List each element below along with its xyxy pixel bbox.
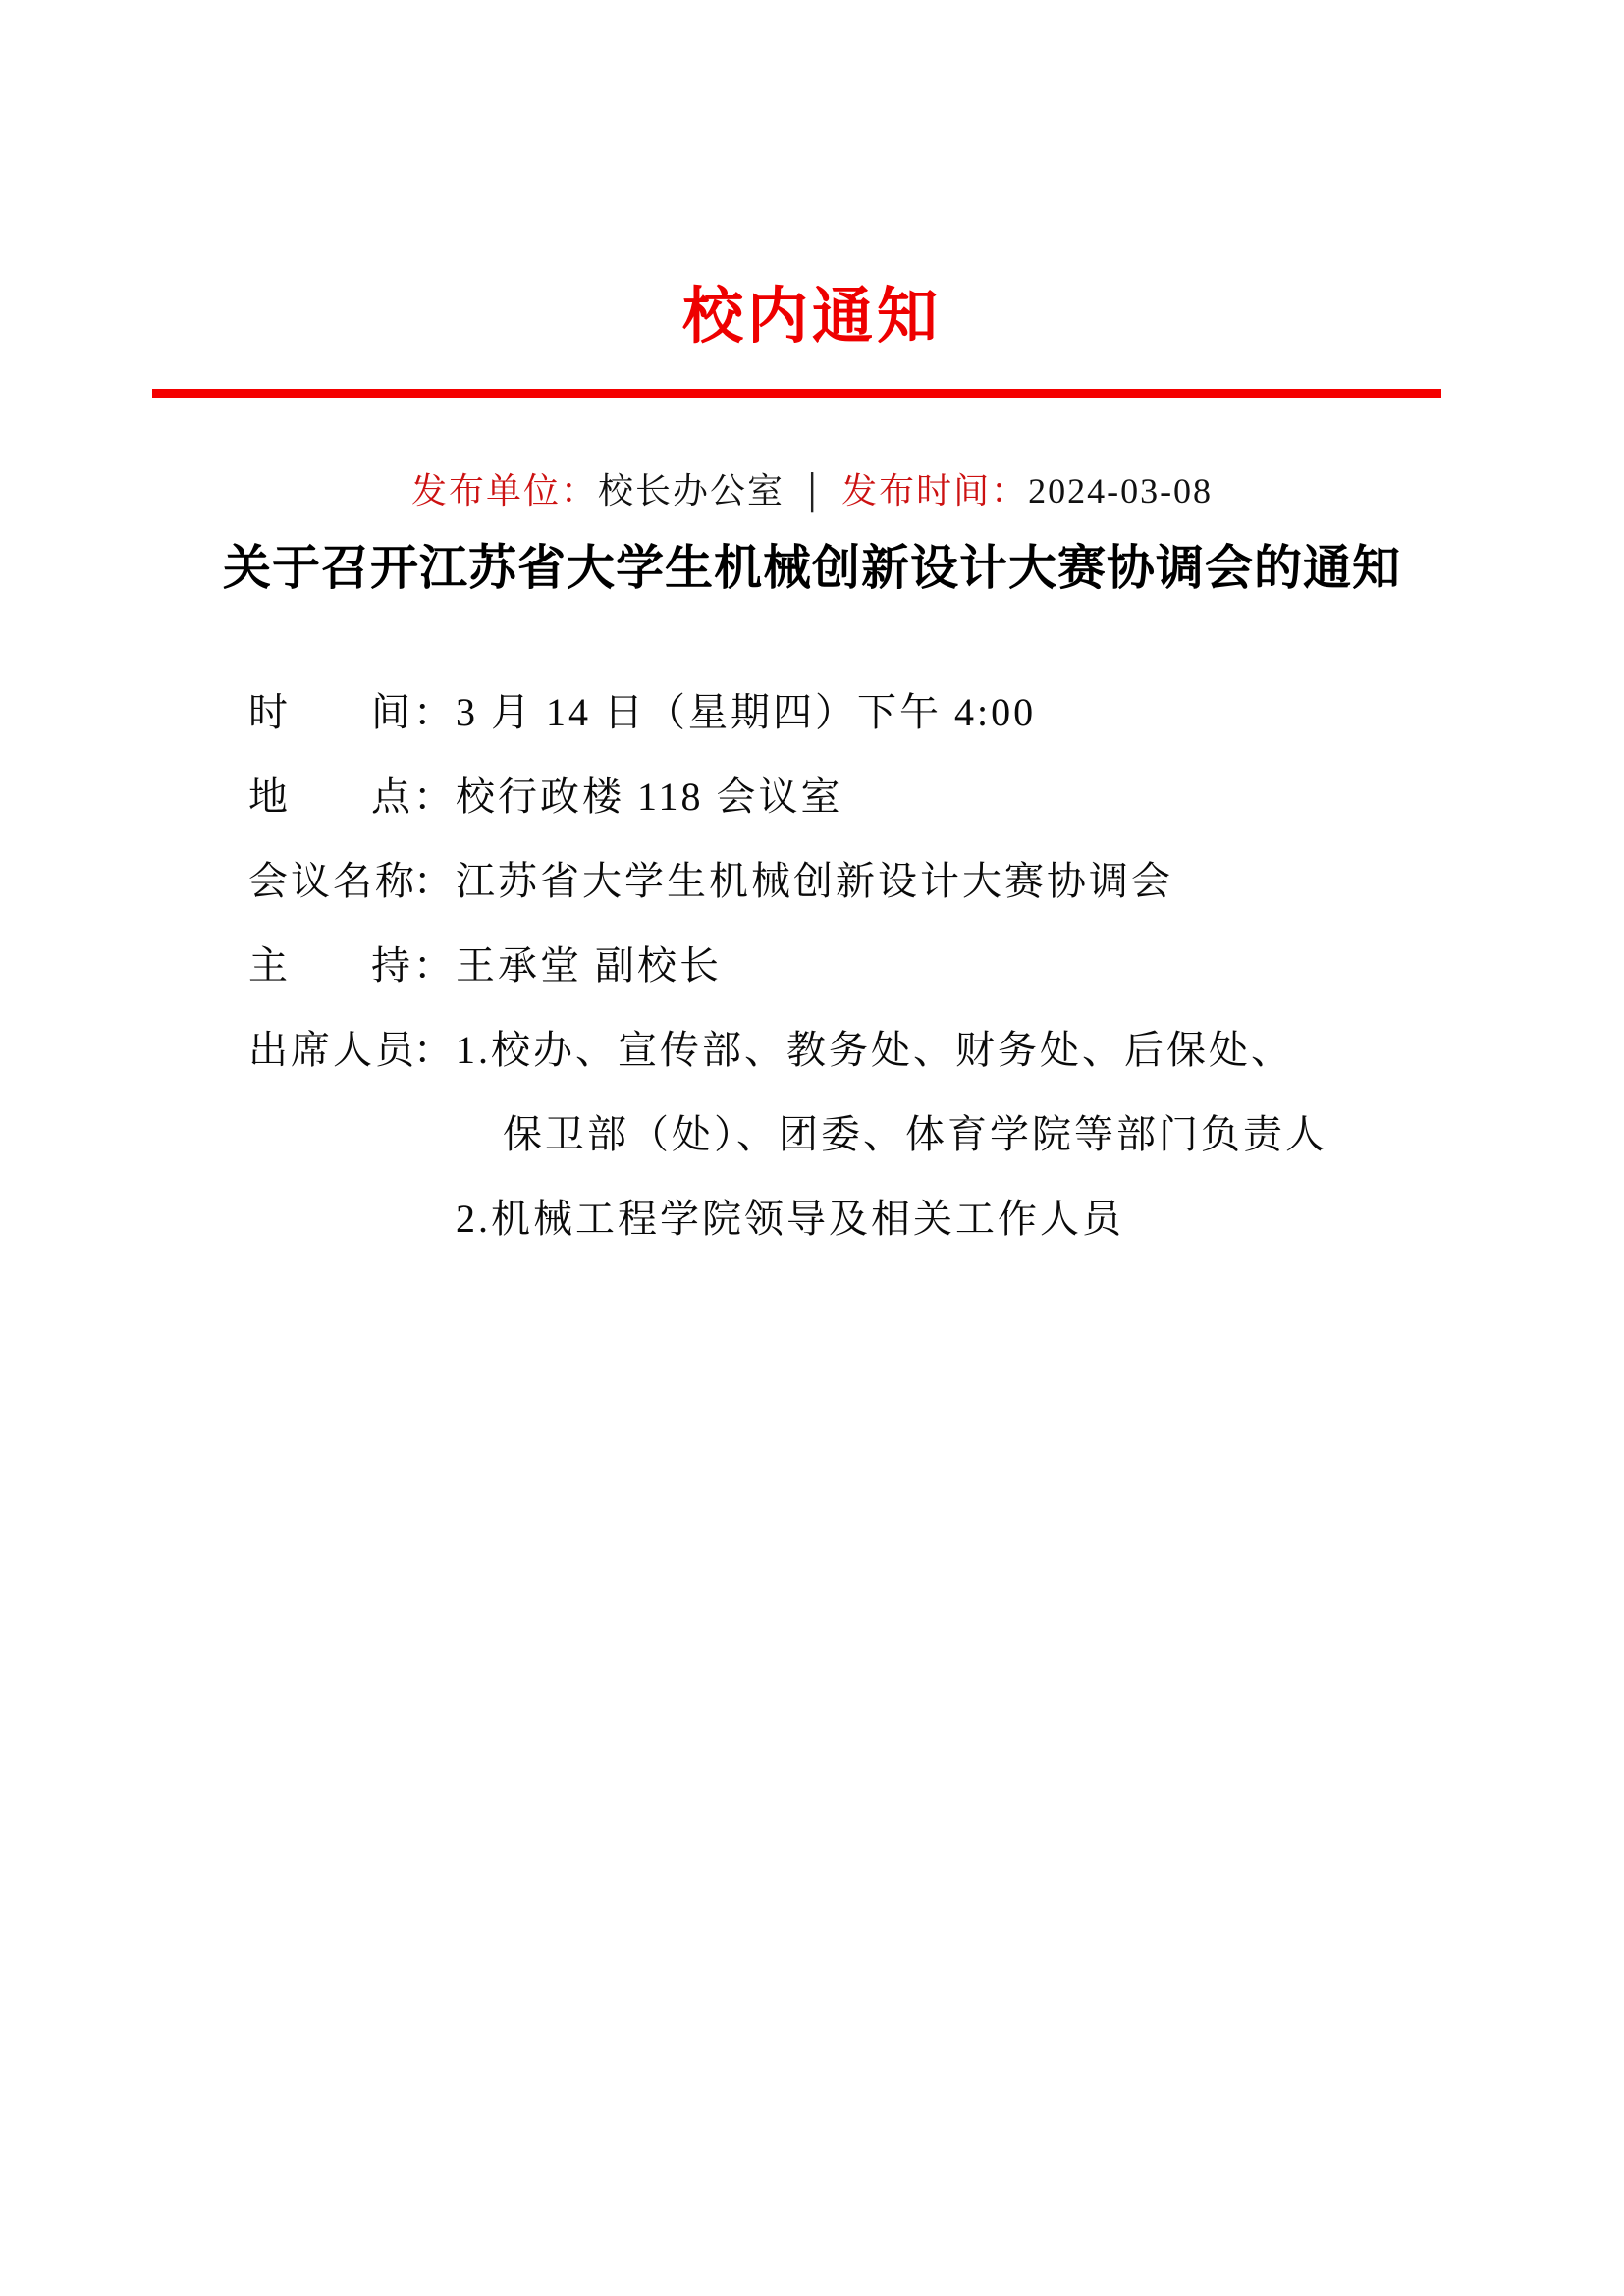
- attendees-item2-row: 2.机械工程学院领导及相关工作人员: [248, 1177, 1327, 1261]
- field-colon: ：: [413, 774, 456, 819]
- field-label-meeting-name: 会议名称: [248, 839, 413, 924]
- field-colon: ：: [413, 690, 456, 734]
- attendees-item1-continuation-row: 保卫部（处）、团委、体育学院等部门负责人: [248, 1093, 1327, 1177]
- publish-unit-label: 发布单位：: [411, 471, 598, 510]
- publish-time-label: 发布时间：: [841, 471, 1028, 510]
- field-row-meeting-name: 会议名称：江苏省大学生机械创新设计大赛协调会: [248, 839, 1327, 924]
- notice-body: 时间：3 月 14 日（星期四）下午 4:00 地点：校行政楼 118 会议室 …: [248, 670, 1327, 1261]
- field-value-time: 3 月 14 日（星期四）下午 4:00: [456, 690, 1036, 734]
- publish-time-value: 2024-03-08: [1028, 471, 1213, 510]
- notice-page: 校内通知 发布单位：校长办公室│发布时间：2024-03-08 关于召开江苏省大…: [0, 0, 1624, 2296]
- notice-title: 关于召开江苏省大学生机械创新设计大赛协调会的通知: [0, 538, 1624, 599]
- field-value-meeting-name: 江苏省大学生机械创新设计大赛协调会: [456, 859, 1173, 903]
- attendees-item1-line1: 1.校办、宣传部、教务处、财务处、后保处、: [456, 1028, 1293, 1072]
- red-divider-rule: [152, 389, 1441, 398]
- field-label-time: 时间: [248, 670, 413, 755]
- field-value-location: 校行政楼 118 会议室: [456, 774, 843, 819]
- page-title: 校内通知: [0, 281, 1624, 353]
- field-label-host: 主持: [248, 924, 413, 1008]
- field-label-location: 地点: [248, 755, 413, 839]
- field-row-attendees: 出席人员：1.校办、宣传部、教务处、财务处、后保处、: [248, 1008, 1327, 1093]
- field-label-attendees: 出席人员: [248, 1008, 413, 1093]
- field-row-location: 地点：校行政楼 118 会议室: [248, 755, 1327, 839]
- publish-separator-bar: │: [800, 474, 826, 510]
- field-colon: ：: [413, 1028, 456, 1072]
- field-row-host: 主持：王承堂 副校长: [248, 924, 1327, 1008]
- field-colon: ：: [413, 943, 456, 988]
- publish-info-line: 发布单位：校长办公室│发布时间：2024-03-08: [0, 469, 1624, 514]
- field-colon: ：: [413, 859, 456, 903]
- field-row-time: 时间：3 月 14 日（星期四）下午 4:00: [248, 670, 1327, 755]
- publish-unit-value: 校长办公室: [598, 471, 785, 510]
- attendees-item2: 2.机械工程学院领导及相关工作人员: [456, 1197, 1124, 1241]
- field-value-host: 王承堂 副校长: [456, 943, 722, 988]
- attendees-item1-line2: 保卫部（处）、团委、体育学院等部门负责人: [503, 1112, 1327, 1156]
